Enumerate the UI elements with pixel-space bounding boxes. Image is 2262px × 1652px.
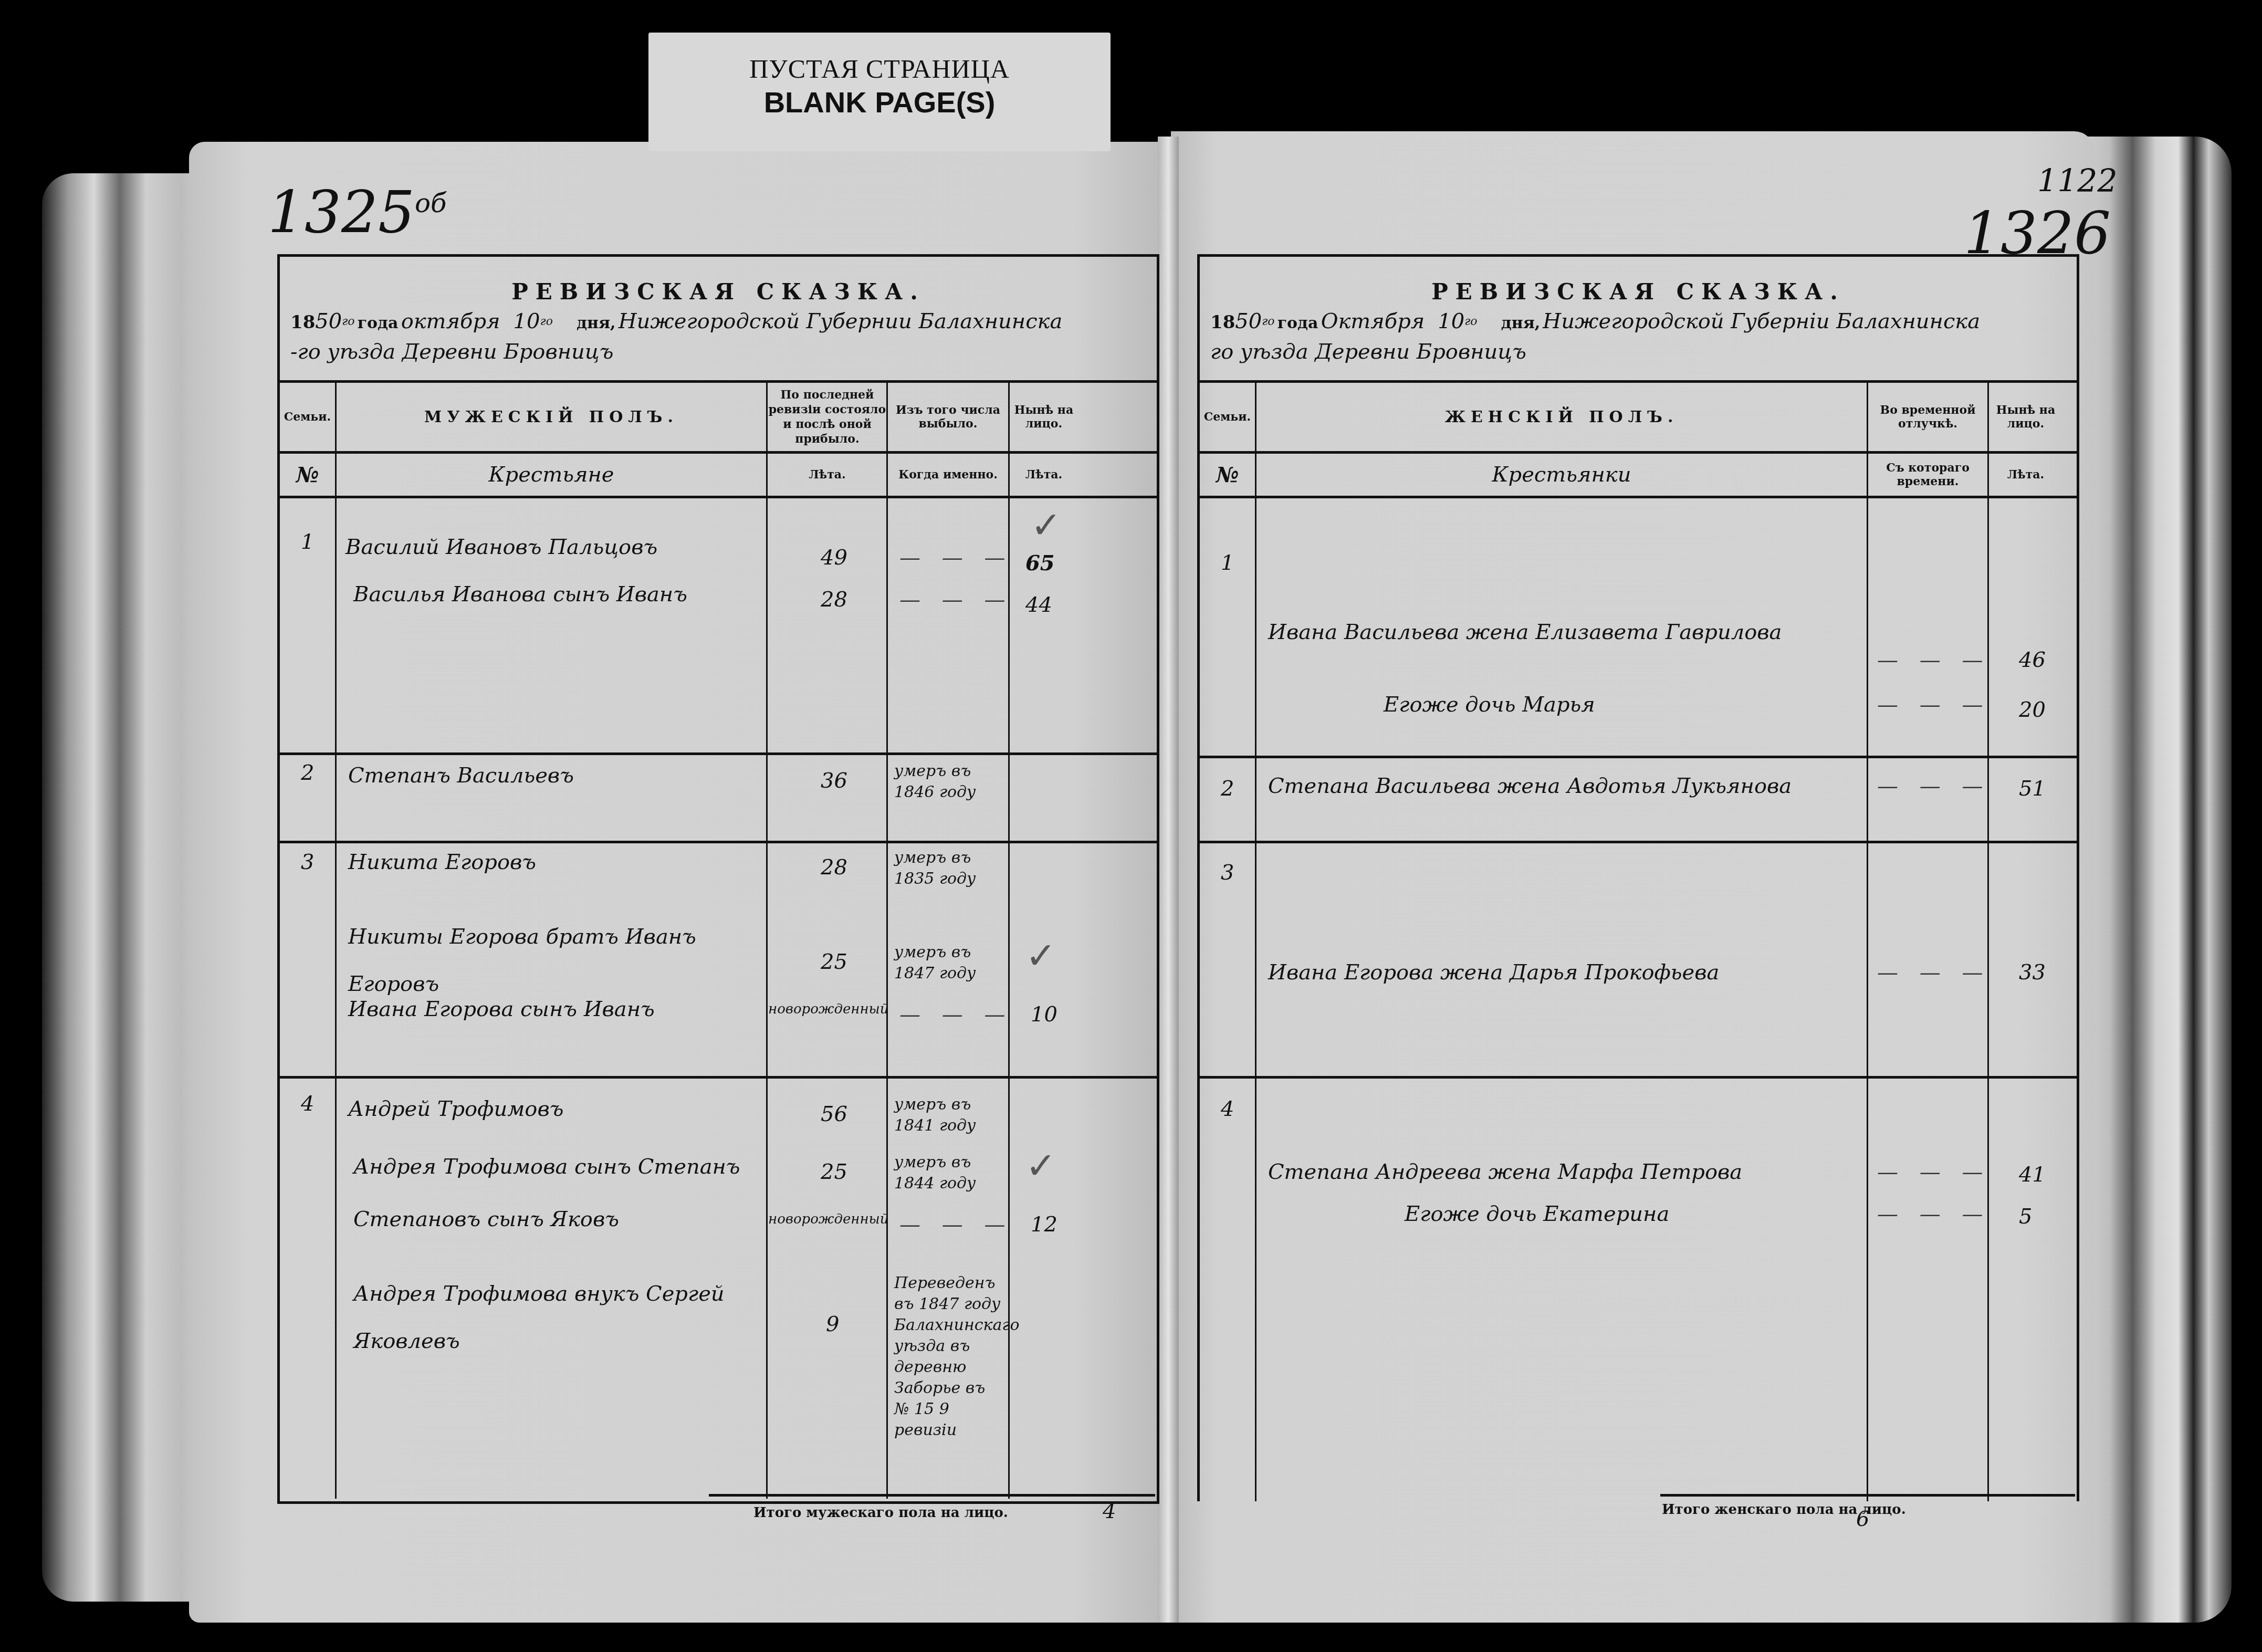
month-hand: Октября <box>1321 309 1425 333</box>
female-entry-name: Ивана Егорова жена Дарья Прокофьева <box>1268 960 1719 985</box>
family-number: 4 <box>301 1092 314 1116</box>
left-form-title: РЕВИЗСКАЯ СКАЗКА. <box>280 279 1157 305</box>
family-number: 3 <box>1221 861 1234 885</box>
col-rule <box>1255 380 1256 1501</box>
checkmark-icon: ✓ <box>1031 504 1062 547</box>
col-sub-years2: Лѣта. <box>1010 454 1078 496</box>
col-rule <box>886 380 888 1499</box>
family-number: 2 <box>301 761 314 785</box>
goda-label: года <box>1277 314 1318 332</box>
year-prefix: 18 <box>290 312 315 333</box>
page-stack-right-edge <box>2079 137 2232 1623</box>
male-entry-name: Никиты Егорова братъ Иванъ Егоровъ <box>348 913 747 1008</box>
female-entry-name: Степана Васильева жена Авдотья Лукьянова <box>1268 774 1792 798</box>
male-entry-age-last: 49 <box>821 546 847 570</box>
female-entry-age: 51 <box>2019 777 2046 801</box>
male-entry-age-last: 28 <box>821 588 847 612</box>
female-entry-absence: — — — <box>1877 693 1990 717</box>
rule <box>1200 496 2077 498</box>
blank-tab-ru: ПУСТАЯ СТРАНИЦА <box>648 54 1111 84</box>
col-header-male: МУЖЕСКІЙ ПОЛЪ. <box>337 383 766 451</box>
male-entry-age-last: 36 <box>821 769 847 793</box>
col-header-present: Нынѣ на лицо. <box>1010 383 1078 451</box>
male-entry-departed: умеръ въ 1841 году <box>894 1094 1004 1136</box>
right-place-line2: го уѣзда Деревни Бровницъ <box>1210 340 1526 364</box>
col-header-last-revision: По последней ревизіи состояло и послѣ он… <box>768 383 886 451</box>
year-hand: 50 <box>315 309 342 333</box>
male-entry-name: Никита Егоровъ <box>348 850 536 874</box>
col-header-family: Семьи. <box>1200 383 1255 451</box>
male-entry-age-now: 10 <box>1031 1002 1057 1027</box>
male-entry-age-last: 25 <box>821 1160 847 1184</box>
col-header-temp-absence: Во временной отлучкѣ. <box>1868 383 1987 451</box>
year-prefix: 18 <box>1210 312 1235 333</box>
year-sup: го <box>1262 315 1274 328</box>
col-sub-since-when: Съ котораго времени. <box>1868 454 1987 496</box>
place-hand: Нижегородской Губерніи Балахнинска <box>1543 309 1980 333</box>
male-entry-age-last: новорожденный <box>768 1211 888 1227</box>
female-entry-age: 33 <box>2019 960 2046 985</box>
female-total-value: 6 <box>1856 1507 1869 1531</box>
col-sub-when: Когда именно. <box>888 454 1008 496</box>
female-entry-absence: — — — <box>1877 1202 1990 1226</box>
family-number: 1 <box>301 530 314 554</box>
male-entry-departed: умеръ въ 1844 году <box>894 1152 1004 1194</box>
male-entry-age-last: 56 <box>821 1102 847 1126</box>
male-entry-name: Андрея Трофимова внукъ Сергей Яковлевъ <box>353 1270 752 1365</box>
day-sup: го <box>540 315 553 328</box>
day-hand: 10 <box>1438 309 1464 333</box>
right-form-title: РЕВИЗСКАЯ СКАЗКА. <box>1200 279 2077 305</box>
right-folio-extra: 1122 <box>2037 163 2118 200</box>
col-no-sign: № <box>1200 454 1255 496</box>
left-folio: 1325 <box>268 179 415 246</box>
dnya-label: дня, <box>1501 314 1541 332</box>
col-no-sign: № <box>280 454 335 496</box>
rule <box>280 496 1157 498</box>
family-number: 3 <box>301 850 314 874</box>
goda-label: года <box>358 314 399 332</box>
family-divider <box>280 1076 1157 1079</box>
col-rule <box>1987 380 1989 1501</box>
female-entry-absence: — — — <box>1877 960 1990 985</box>
family-number: 2 <box>1221 777 1234 801</box>
female-entry-name: Егоже дочь Марья <box>1384 693 1595 717</box>
left-place-line2: -го уѣзда Деревни Бровницъ <box>290 340 613 364</box>
col-sub-years: Лѣта. <box>1989 454 2062 496</box>
male-entry-departed: — — — <box>899 1212 1012 1237</box>
col-header-present: Нынѣ на лицо. <box>1989 383 2062 451</box>
family-number: 4 <box>1221 1097 1234 1121</box>
month-hand: октября <box>401 309 500 333</box>
male-entry-name: Степанъ Васильевъ <box>348 764 574 788</box>
male-entry-departed: умеръ въ 1847 году <box>894 942 1004 984</box>
family-divider <box>280 841 1157 843</box>
family-divider <box>1200 1076 2077 1079</box>
male-total-value: 4 <box>1103 1499 1116 1523</box>
right-revision-form: РЕВИЗСКАЯ СКАЗКА. 1850го года Октября 10… <box>1197 254 2079 1501</box>
female-entry-age: 46 <box>2019 648 2046 672</box>
day-sup: го <box>1464 315 1477 328</box>
male-entry-age-last: 25 <box>821 950 847 974</box>
total-rule <box>1660 1494 2075 1497</box>
col-header-departed: Изъ того числа выбыло. <box>888 383 1008 451</box>
male-entry-name: Степановъ сынъ Яковъ <box>353 1207 619 1231</box>
family-number: 1 <box>1221 551 1234 575</box>
male-entry-age-last: 9 <box>826 1312 839 1336</box>
male-entry-age-now: 44 <box>1025 593 1052 617</box>
family-divider <box>1200 756 2077 758</box>
male-entry-departed: — — — <box>899 546 1012 570</box>
male-entry-departed: Переведенъ въ 1847 году Балахнинскаго уѣ… <box>894 1273 1004 1441</box>
col-sub-years: Лѣта. <box>768 454 886 496</box>
female-entry-name: Егоже дочь Екатерина <box>1405 1202 1669 1226</box>
place-hand: Нижегородской Губернии Балахнинска <box>619 309 1063 333</box>
col-rule <box>766 380 768 1499</box>
day-hand: 10 <box>514 309 540 333</box>
female-entry-absence: — — — <box>1877 648 1990 672</box>
year-sup: го <box>342 315 354 328</box>
male-entry-age-last: 28 <box>821 855 847 880</box>
female-entry-absence: — — — <box>1877 1160 1990 1184</box>
category-peasant-women: Крестьянки <box>1256 454 1867 496</box>
male-entry-name: Ивана Егорова сынъ Иванъ <box>348 997 655 1021</box>
female-entry-name: Степана Андреева жена Марфа Петрова <box>1268 1160 1742 1184</box>
male-entry-departed: умеръ въ 1846 году <box>894 761 1004 803</box>
col-header-family: Семьи. <box>280 383 335 451</box>
male-entry-departed: — — — <box>899 588 1012 612</box>
female-entry-absence: — — — <box>1877 774 1990 798</box>
male-entry-name: Андрея Трофимова сынъ Степанъ <box>353 1155 740 1179</box>
blank-tab-en: BLANK PAGE(S) <box>648 85 1111 119</box>
male-entry-name: Андрей Трофимовъ <box>348 1097 563 1121</box>
male-entry-age-now: 12 <box>1031 1212 1057 1237</box>
male-entry-age-now: 65 <box>1025 551 1055 576</box>
col-rule <box>335 380 337 1499</box>
checkmark-icon: ✓ <box>1025 1144 1056 1187</box>
dnya-label: дня, <box>577 314 616 332</box>
checkmark-icon: ✓ <box>1025 934 1056 977</box>
right-date-line: 1850го года Октября 10го дня, Нижегородс… <box>1210 309 1980 333</box>
family-divider <box>1200 841 2077 843</box>
total-rule <box>709 1494 1155 1497</box>
female-entry-name: Ивана Васильева жена Елизавета Гаврилова <box>1268 611 1856 653</box>
left-date-line: 1850го года октября 10го дня, Нижегородс… <box>290 309 1062 333</box>
male-entry-name: Василий Ивановъ Пальцовъ <box>345 535 657 559</box>
col-rule <box>1867 380 1868 1501</box>
male-entry-age-last: новорожденный <box>768 1001 888 1017</box>
male-entry-name: Василья Иванова сынъ Иванъ <box>353 582 687 607</box>
col-header-female: ЖЕНСКІЙ ПОЛЪ. <box>1256 383 1867 451</box>
category-peasants: Крестьяне <box>337 454 766 496</box>
left-revision-form: РЕВИЗСКАЯ СКАЗКА. 1850го года октября 10… <box>277 254 1159 1504</box>
blank-page-tab: ПУСТАЯ СТРАНИЦА BLANK PAGE(S) <box>648 33 1111 151</box>
book-gutter <box>1158 137 1179 1623</box>
male-total-label: Итого мужескаго пола на лицо. <box>753 1505 1008 1521</box>
female-entry-age: 20 <box>2019 698 2046 722</box>
year-hand: 50 <box>1235 309 1262 333</box>
male-entry-departed: — — — <box>899 1002 1012 1027</box>
left-folio-sup: об <box>415 188 447 218</box>
female-entry-age: 41 <box>2019 1163 2046 1187</box>
left-folio-number: 1325об <box>268 179 447 246</box>
family-divider <box>280 752 1157 755</box>
male-entry-departed: умеръ въ 1835 году <box>894 848 1004 890</box>
female-entry-age: 5 <box>2019 1205 2032 1229</box>
